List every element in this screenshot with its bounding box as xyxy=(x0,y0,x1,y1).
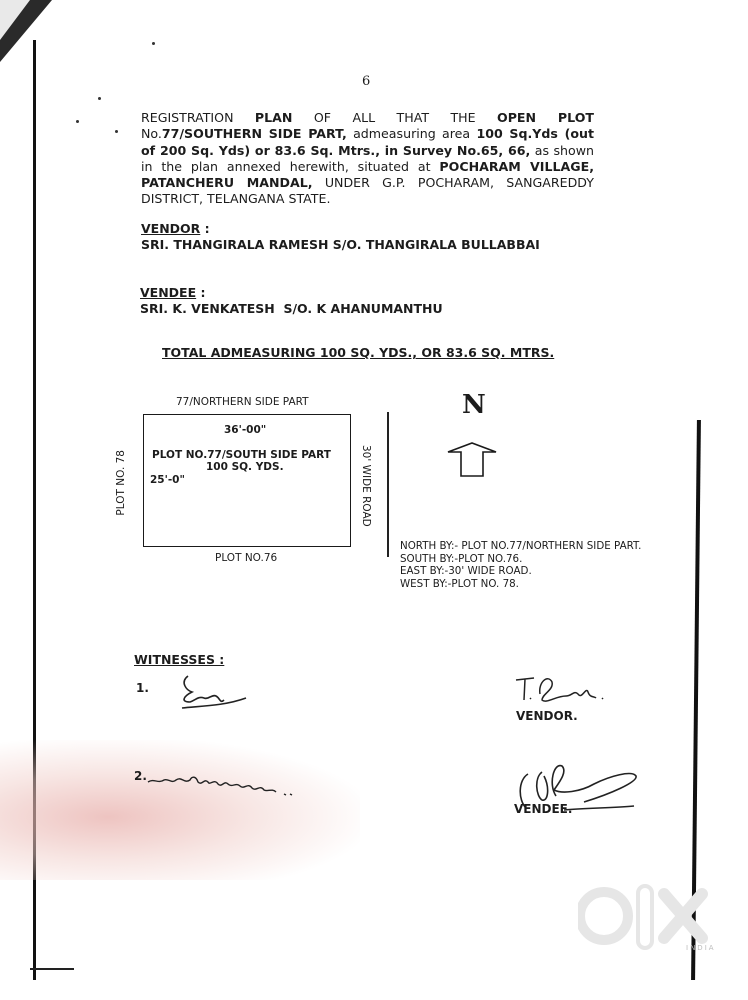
road-boundary-line xyxy=(387,412,389,557)
plan-north-label: 77/NORTHERN SIDE PART xyxy=(176,396,309,408)
intro-segment: OPEN PLOT xyxy=(497,110,594,125)
witness-1-signature xyxy=(176,672,252,716)
paper-stain xyxy=(0,740,360,880)
intro-segment: No. xyxy=(141,126,162,141)
boundary-west: WEST BY:-PLOT NO. 78. xyxy=(400,578,641,591)
vendor-heading: VENDOR : xyxy=(141,221,210,236)
boundary-south: SOUTH BY:-PLOT NO.76. xyxy=(400,553,641,566)
north-arrow-icon xyxy=(446,442,498,478)
intro-segment: OF ALL THAT THE xyxy=(292,110,497,125)
intro-paragraph: REGISTRATION PLAN OF ALL THAT THE OPEN P… xyxy=(141,110,594,208)
vendee-name: SRI. K. VENKATESH S/O. K AHANUMANTHU xyxy=(140,301,443,316)
plan-east-label: 30' WIDE ROAD xyxy=(360,445,372,527)
vendee-heading: VENDEE : xyxy=(140,285,206,300)
plot-width-dimension: 36'-00" xyxy=(224,424,266,436)
watermark-subtext: INDIA xyxy=(686,944,716,952)
bottom-edge-mark xyxy=(30,968,74,970)
north-marker: N xyxy=(462,390,486,420)
vendee-heading-text: VENDEE xyxy=(140,285,196,300)
vendee-signature-label: VENDEE. xyxy=(514,802,572,816)
boundary-north: NORTH BY:- PLOT NO.77/NORTHERN SIDE PART… xyxy=(400,540,641,553)
boundary-list: NORTH BY:- PLOT NO.77/NORTHERN SIDE PART… xyxy=(400,540,641,590)
speck xyxy=(98,97,101,100)
plot-area: 100 SQ. YDS. xyxy=(206,461,284,473)
page-number: 6 xyxy=(362,74,370,89)
plot-depth-dimension: 25'-0" xyxy=(150,474,185,486)
speck xyxy=(152,42,155,45)
witnesses-heading: WITNESSES : xyxy=(134,652,224,667)
page-corner-fold xyxy=(0,0,30,40)
intro-segment: PLAN xyxy=(255,110,293,125)
vendor-heading-text: VENDOR xyxy=(141,221,200,236)
speck xyxy=(76,120,79,123)
intro-segment: REGISTRATION xyxy=(141,110,255,125)
speck xyxy=(115,130,118,133)
total-area: TOTAL ADMEASURING 100 SQ. YDS., OR 83.6 … xyxy=(162,345,554,360)
plot-title: PLOT NO.77/SOUTH SIDE PART xyxy=(152,449,331,461)
witness-2-signature xyxy=(146,768,306,802)
witness-2-number: 2. xyxy=(134,769,147,783)
plan-south-label: PLOT NO.76 xyxy=(215,552,277,564)
vendor-name: SRI. THANGIRALA RAMESH S/O. THANGIRALA B… xyxy=(141,237,540,252)
boundary-east: EAST BY:-30' WIDE ROAD. xyxy=(400,565,641,578)
plan-west-label: PLOT NO. 78 xyxy=(115,450,127,516)
witness-1-number: 1. xyxy=(136,681,149,695)
vendor-signature-label: VENDOR. xyxy=(516,709,578,723)
intro-segment: 77/SOUTHERN SIDE PART, xyxy=(162,126,347,141)
vendor-signature xyxy=(512,672,612,708)
intro-segment: admeasuring area xyxy=(347,126,477,141)
vendor-heading-colon: : xyxy=(200,221,209,236)
vendee-heading-colon: : xyxy=(196,285,205,300)
